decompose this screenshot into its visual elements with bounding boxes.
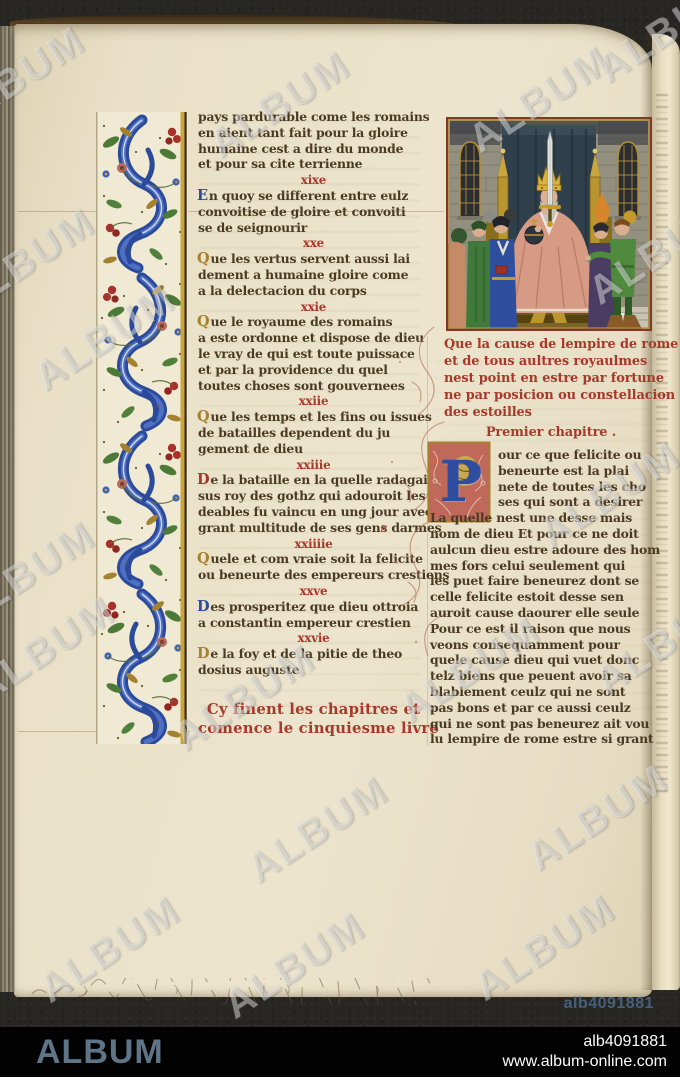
manuscript-text-line: Cy finent les chapitres et bbox=[197, 700, 429, 720]
illuminated-floral-border bbox=[96, 112, 188, 744]
line-text: beneurte est la plai bbox=[498, 463, 629, 478]
manuscript-text-line: En quoy se different entre eulz bbox=[197, 188, 429, 204]
colored-initial: Q bbox=[197, 250, 210, 267]
line-text: mes fors celui seulement qui bbox=[430, 558, 625, 573]
book-gutter-edge bbox=[0, 26, 15, 992]
line-text: et par la providence du quel bbox=[198, 362, 388, 377]
manuscript-text-line: dement a humaine gloire come bbox=[197, 267, 429, 283]
image-id: alb4091881 bbox=[502, 1032, 667, 1052]
line-text: xxiie bbox=[299, 394, 329, 408]
line-text: nom de dieu Et pour ce ne doit bbox=[430, 526, 639, 541]
line-text: ue le royaume des romains bbox=[210, 314, 392, 329]
line-text: aulcun dieu estre adoure des hom bbox=[430, 542, 660, 557]
line-text: Que la cause de lempire de rome bbox=[444, 337, 678, 352]
manuscript-text-line: Que les vertus servent aussi lai bbox=[197, 251, 429, 267]
line-text: pays pardurable come les romains bbox=[198, 109, 429, 124]
colored-initial: E bbox=[197, 187, 209, 204]
line-text: xxiiiie bbox=[294, 537, 332, 551]
line-text: se de seignourir bbox=[198, 220, 307, 235]
line-text: xxe bbox=[303, 236, 324, 250]
rubric-line: Que la cause de lempire de rome bbox=[444, 336, 658, 353]
colored-initial bbox=[197, 677, 198, 694]
agency-credit-bar: ALBUM alb4091881 www.album-online.com bbox=[0, 1027, 680, 1077]
line-text: n quoy se different entre eulz bbox=[209, 188, 408, 203]
manuscript-text-line: humaine cest a dire du monde bbox=[197, 141, 429, 157]
chapter-rubric: Que la cause de lempire de rome et de to… bbox=[444, 336, 658, 441]
line-text: Cy finent les chapitres et bbox=[207, 701, 420, 718]
rubric-line: et de tous aultres royaulmes bbox=[444, 353, 658, 370]
manuscript-text-line: pas bons et par ce aussi ceulz bbox=[430, 700, 662, 716]
line-text: xixe bbox=[301, 173, 326, 187]
line-text: pas bons et par ce aussi ceulz bbox=[430, 700, 631, 715]
chapter-text-column: our ce que felicite ou beneurte est la p… bbox=[430, 447, 662, 747]
rubric-line: ne par posicion ou constellacion bbox=[444, 387, 658, 404]
line-text: ses qui sont a desirer bbox=[498, 494, 642, 509]
manuscript-text-line: mes fors celui seulement qui bbox=[430, 558, 662, 574]
line-text: blablement ceulz qui ne sont bbox=[430, 684, 625, 699]
line-text: et pour sa cite terrienne bbox=[198, 156, 362, 171]
colored-initial: D bbox=[197, 598, 210, 615]
manuscript-text-line: a la delectacion du corps bbox=[197, 283, 429, 299]
manuscript-text-line: nom de dieu Et pour ce ne doit bbox=[430, 526, 662, 542]
colored-initial: Q bbox=[197, 550, 210, 567]
manuscript-text-line: xixe bbox=[197, 172, 429, 188]
line-text: ne par posicion ou constellacion bbox=[444, 388, 675, 403]
manuscript-text-line: ses qui sont a desirer bbox=[430, 494, 662, 510]
manuscript-text-line: La quelle nest une desse mais bbox=[430, 510, 662, 526]
line-text: gement de dieu bbox=[198, 441, 303, 456]
manuscript-text-line: our ce que felicite ou bbox=[430, 447, 662, 463]
manuscript-text-line: aulcun dieu estre adoure des hom bbox=[430, 542, 662, 558]
line-text: des estoilles bbox=[444, 405, 532, 420]
manuscript-text-line: xxie bbox=[197, 299, 429, 315]
colored-initial: Q bbox=[197, 313, 210, 330]
line-text: nete de toutes les cho bbox=[498, 479, 646, 494]
line-text: ue les vertus servent aussi lai bbox=[210, 251, 410, 266]
manuscript-text-line: en aient tant fait pour la gloire bbox=[197, 125, 429, 141]
colored-initial: D bbox=[197, 471, 210, 488]
line-text: convoitise de gloire et convoiti bbox=[198, 204, 405, 219]
agency-website: www.album-online.com bbox=[502, 1052, 667, 1072]
line-text: auroit cause daourer elle seule bbox=[430, 605, 639, 620]
line-text: xxve bbox=[300, 584, 328, 598]
manuscript-text-line: beneurte est la plai bbox=[430, 463, 662, 479]
manuscript-text-line: convoitise de gloire et convoiti bbox=[197, 204, 429, 220]
manuscript-text-line: quele cause dieu qui vuet donc bbox=[430, 652, 662, 668]
line-text: comence le cinquiesme livre bbox=[198, 720, 439, 737]
manuscript-text-line: veons consequamment pour bbox=[430, 637, 662, 653]
manuscript-text-line: auroit cause daourer elle seule bbox=[430, 605, 662, 621]
rubric-line: nest point en estre par fortune bbox=[444, 370, 658, 387]
line-text: humaine cest a dire du monde bbox=[198, 141, 403, 156]
line-text: Premier chapitre . bbox=[486, 425, 616, 440]
line-text: xxie bbox=[301, 300, 326, 314]
quire-signature-mark: a bbox=[381, 523, 387, 533]
line-text: lu lempire de rome estre si grant bbox=[430, 731, 653, 746]
line-text: xxiiie bbox=[297, 458, 331, 472]
manuscript-text-line: xxe bbox=[197, 235, 429, 251]
manuscript-text-line bbox=[197, 678, 429, 700]
line-text: et de tous aultres royaulmes bbox=[444, 354, 647, 369]
stock-photo-of-manuscript: pays pardurable come les romains en aien… bbox=[0, 0, 680, 1077]
line-text: Pour ce est il raison que nous bbox=[430, 621, 630, 636]
manuscript-text-line: qui ne sont pas beneurez ait vou bbox=[430, 716, 662, 732]
manuscript-text-line: se de seignourir bbox=[197, 220, 429, 236]
line-text: qui ne sont pas beneurez ait vou bbox=[430, 716, 649, 731]
colored-initial: Q bbox=[197, 408, 210, 425]
line-text: xxvie bbox=[298, 631, 330, 645]
manuscript-text-line: nete de toutes les cho bbox=[430, 479, 662, 495]
line-text: telz biens que peuent avoir sa bbox=[430, 668, 632, 683]
line-text: our ce que felicite ou bbox=[498, 447, 641, 462]
line-text: nest point en estre par fortune bbox=[444, 371, 664, 386]
faint-cursive-inscription bbox=[24, 978, 484, 1004]
line-text: veons consequamment pour bbox=[430, 637, 620, 652]
line-text: dement a humaine gloire come bbox=[198, 267, 408, 282]
line-text: de batailles dependent du ju bbox=[198, 425, 390, 440]
manuscript-text-line: blablement ceulz qui ne sont bbox=[430, 684, 662, 700]
manuscript-text-line: et pour sa cite terrienne bbox=[197, 156, 429, 172]
line-text: quele cause dieu qui vuet donc bbox=[430, 652, 639, 667]
manuscript-text-line: celle felicite estoit desse sen bbox=[430, 589, 662, 605]
rubric-line: Premier chapitre . bbox=[444, 421, 658, 441]
line-text: La quelle nest une desse mais bbox=[430, 510, 632, 525]
line-text: celle felicite estoit desse sen bbox=[430, 589, 624, 604]
miniature-emperor-enthroned bbox=[446, 117, 652, 331]
manuscript-text-line: Pour ce est il raison que nous bbox=[430, 621, 662, 637]
line-text: en aient tant fait pour la gloire bbox=[198, 125, 408, 140]
line-text: les puet faire beneurez dont se bbox=[430, 573, 639, 588]
colored-initial: D bbox=[197, 645, 210, 662]
manuscript-text-line: pays pardurable come les romains bbox=[197, 109, 429, 125]
manuscript-text-line: comence le cinquiesme livre bbox=[197, 719, 429, 739]
album-logo: ALBUM bbox=[36, 1033, 164, 1071]
line-text: dosius auguste bbox=[198, 662, 299, 677]
manuscript-text-line: lu lempire de rome estre si grant bbox=[430, 731, 662, 747]
manuscript-text-line: les puet faire beneurez dont se bbox=[430, 573, 662, 589]
line-text: a la delectacion du corps bbox=[198, 283, 367, 298]
rubric-line: des estoilles bbox=[444, 404, 658, 421]
image-reference: alb4091881 www.album-online.com bbox=[502, 1032, 667, 1072]
image-id-overlay: alb4091881 bbox=[564, 995, 654, 1013]
manuscript-text-line: telz biens que peuent avoir sa bbox=[430, 668, 662, 684]
